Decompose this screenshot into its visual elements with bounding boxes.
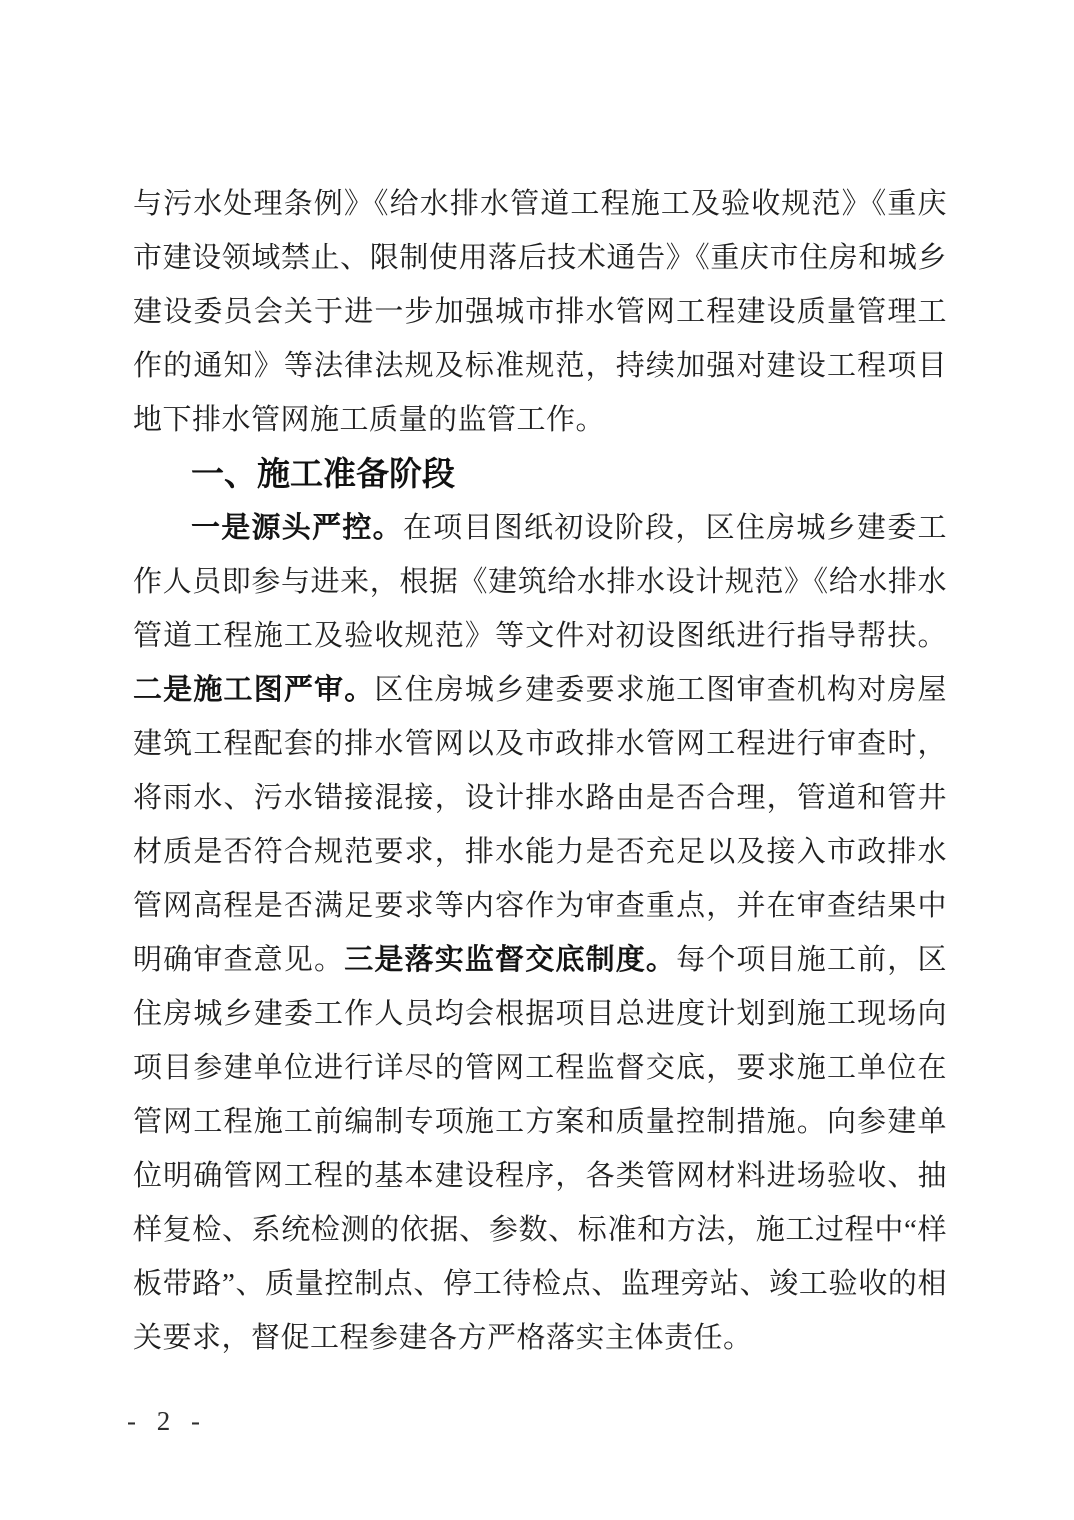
section-heading: 一、施工准备阶段 [133,447,947,501]
document-page: 与污水处理条例》《给水排水管道工程施工及验收规范》《重庆市建设领域禁止、限制使用… [0,0,1074,1520]
bold-lead-drawing-review: 二是施工图严审。 [133,674,374,706]
intro-paragraph: 与污水处理条例》《给水排水管道工程施工及验收规范》《重庆市建设领域禁止、限制使用… [133,177,947,447]
section1-paragraph: 一是源头严控。在项目图纸初设阶段，区住房城乡建委工作人员即参与进来，根据《建筑给… [133,501,947,1365]
bold-lead-source-control: 一是源头严控。 [191,512,403,544]
text-run-drawing-review: 区住房城乡建委要求施工图审查机构对房屋建筑工程配套的排水管网以及市政排水管网工程… [133,674,947,976]
document-body: 与污水处理条例》《给水排水管道工程施工及验收规范》《重庆市建设领域禁止、限制使用… [133,177,947,1365]
bold-lead-supervision-briefing: 三是落实监督交底制度。 [344,944,676,976]
page-number: - 2 - [127,1405,207,1437]
text-run-supervision-briefing: 每个项目施工前，区住房城乡建委工作人员均会根据项目总进度计划到施工现场向项目参建… [133,944,947,1354]
